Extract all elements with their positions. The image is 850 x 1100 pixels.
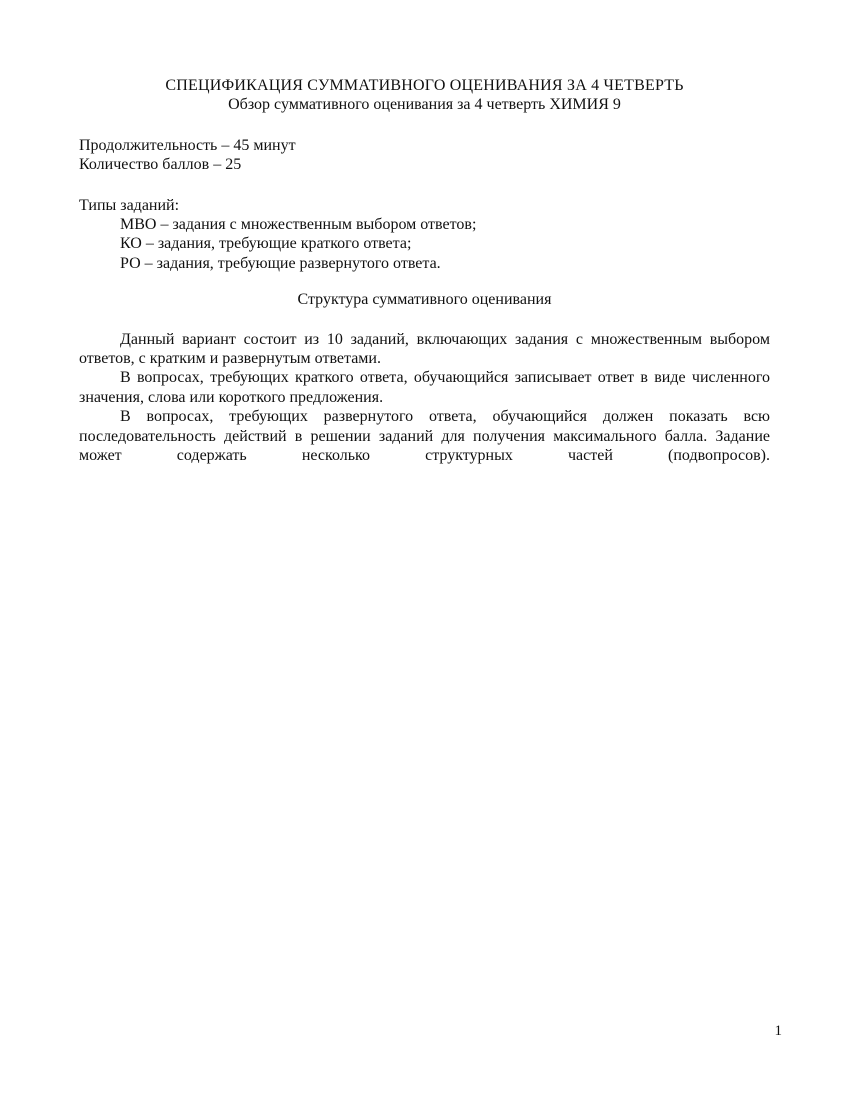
structure-paragraph-3: В вопросах, требующих развернутого ответ… [79, 407, 770, 465]
points-line: Количество баллов – 25 [79, 155, 770, 174]
task-type-ro: РО – задания, требующие развернутого отв… [79, 254, 770, 273]
task-types-list: МВО – задания с множественным выбором от… [79, 215, 770, 273]
structure-section-heading: Структура суммативного оценивания [79, 290, 770, 309]
document-page: СПЕЦИФИКАЦИЯ СУММАТИВНОГО ОЦЕНИВАНИЯ ЗА … [0, 0, 850, 1100]
task-type-mvo: МВО – задания с множественным выбором от… [79, 215, 770, 234]
duration-line: Продолжительность – 45 минут [79, 136, 770, 155]
page-number: 1 [775, 1022, 783, 1040]
task-type-ko: КО – задания, требующие краткого ответа; [79, 234, 770, 253]
document-subtitle: Обзор суммативного оценивания за 4 четве… [79, 95, 770, 114]
structure-paragraph-1: Данный вариант состоит из 10 заданий, вк… [79, 330, 770, 369]
document-title: СПЕЦИФИКАЦИЯ СУММАТИВНОГО ОЦЕНИВАНИЯ ЗА … [79, 76, 770, 95]
task-types-heading: Типы заданий: [79, 196, 770, 215]
structure-paragraph-2: В вопросах, требующих краткого ответа, о… [79, 368, 770, 407]
